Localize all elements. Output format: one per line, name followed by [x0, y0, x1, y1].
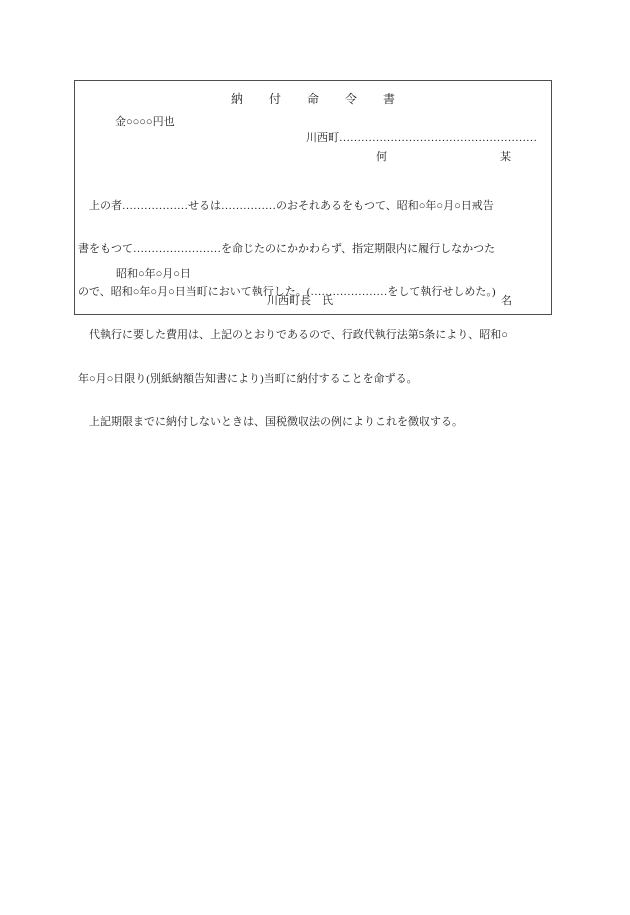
- body-line-6: 上記期限までに納付しないときは、国税徴収法の例によりこれを徴収する。: [78, 415, 508, 429]
- addressee-line: 川西町………………………………………………: [306, 129, 537, 145]
- amount-line: 金○○○○円也: [115, 113, 175, 129]
- date-line: 昭和○年○月○日: [116, 265, 191, 281]
- body-line-4: 代執行に要した費用は、上記のとおりであるので、行政代執行法第5条により、昭和○: [78, 328, 508, 342]
- body-line-5: 年○月○日限り(別紙納額告知書により)当町に納付することを命ずる。: [78, 372, 508, 386]
- debtor-given-name: 某: [500, 148, 511, 164]
- payment-order-document: 納付命令書 金○○○○円也 川西町……………………………………………… 何 某 …: [74, 80, 552, 315]
- body-line-1: 上の者………………せるは……………のおそれあるをもつて、昭和○年○月○日戒告: [78, 199, 508, 213]
- document-title: 納付命令書: [75, 90, 551, 107]
- body-paragraphs: 上の者………………せるは……………のおそれあるをもつて、昭和○年○月○日戒告 書…: [78, 170, 508, 458]
- signer-line: 川西町長 氏: [267, 292, 333, 308]
- debtor-surname: 何: [376, 148, 387, 164]
- signer-name-placeholder: 名: [501, 292, 512, 308]
- body-line-2: 書をもつて……………………を命じたのにかかわらず、指定期限内に履行しなかつた: [78, 242, 508, 256]
- page: { "colors": { "background": "#ffffff", "…: [0, 0, 630, 915]
